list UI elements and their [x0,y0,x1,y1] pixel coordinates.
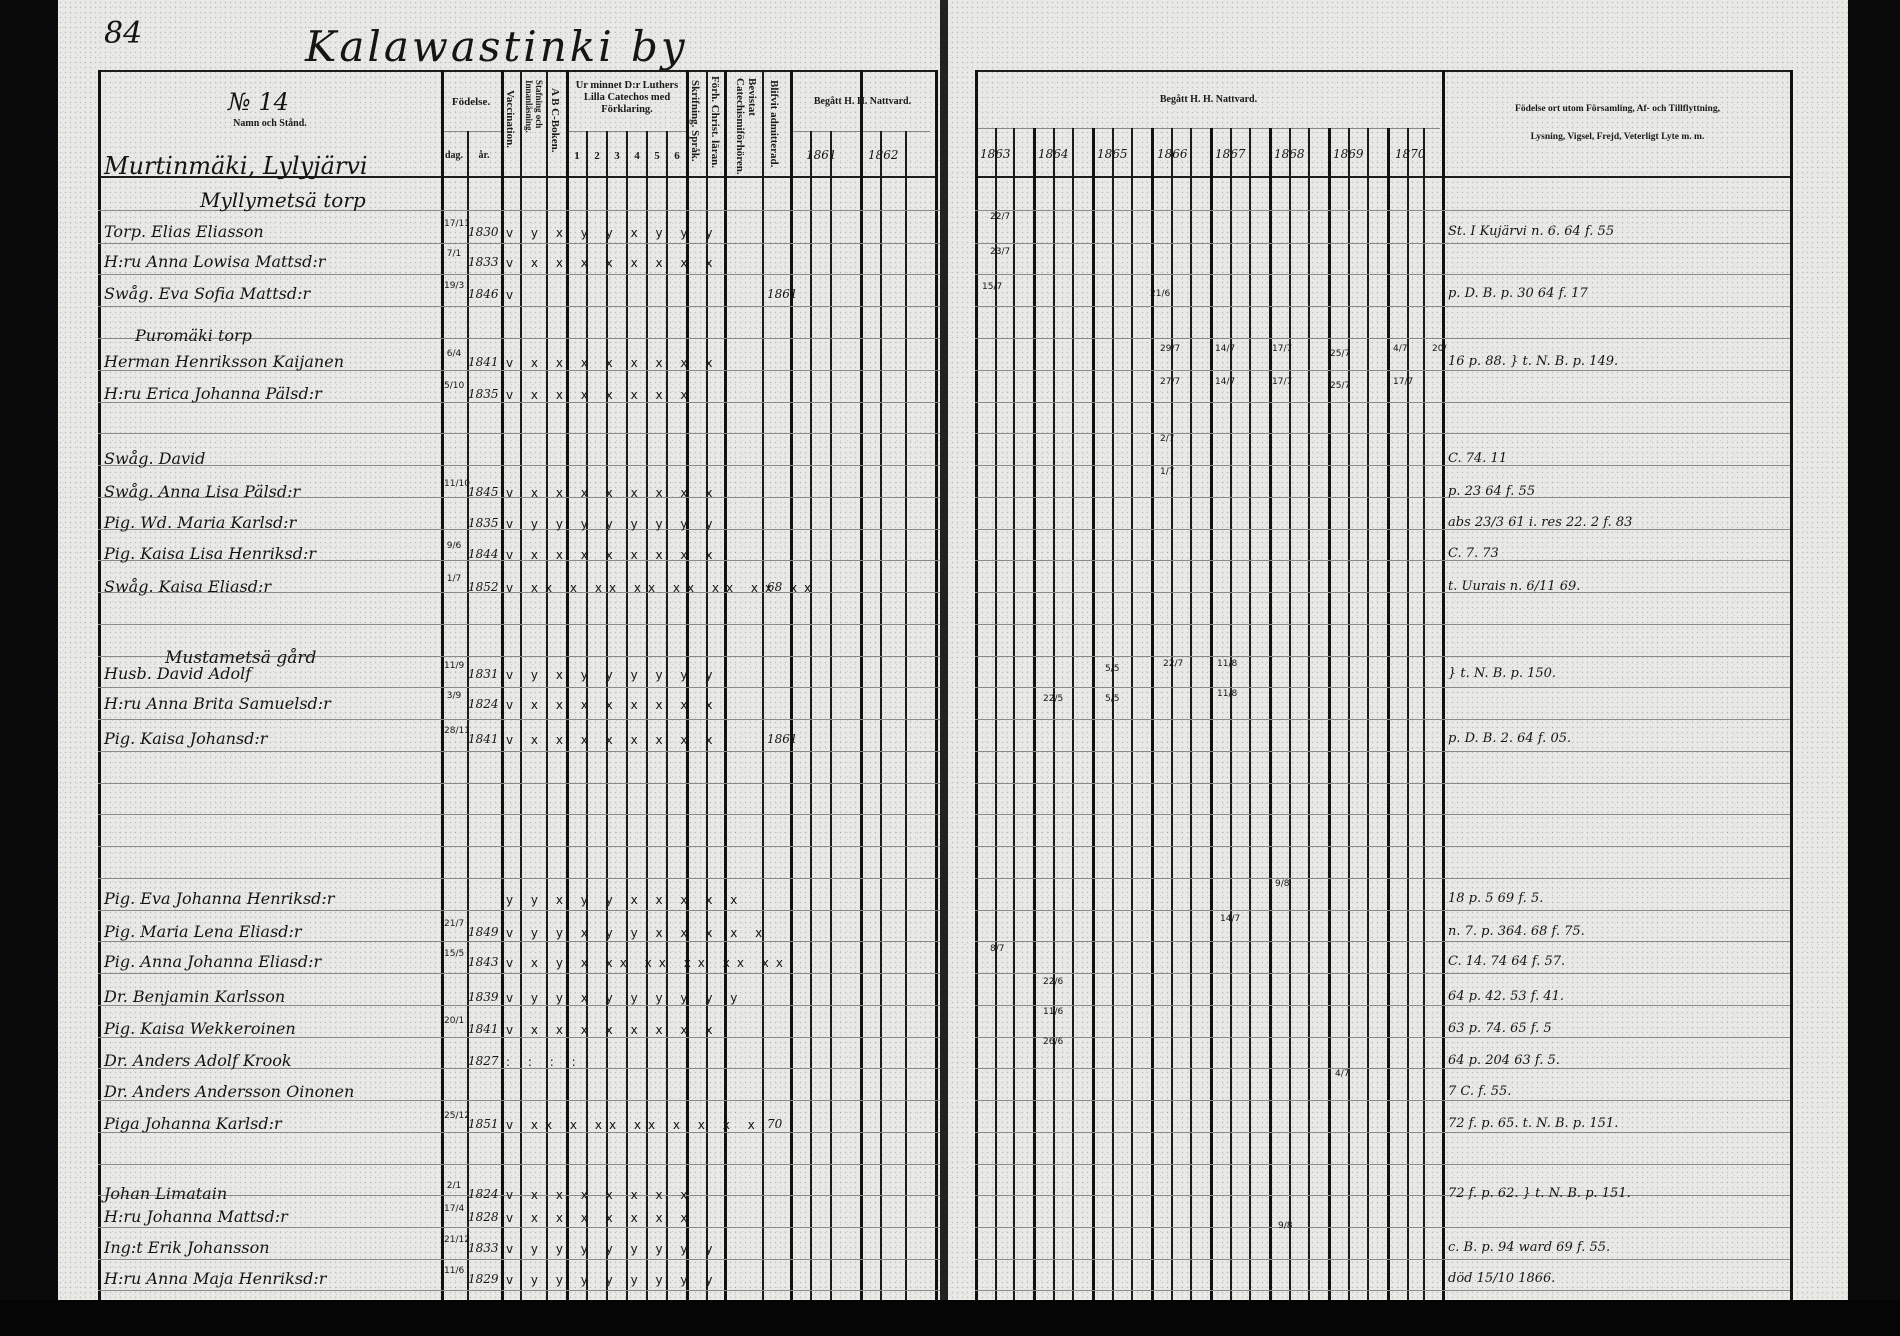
birth-year: 1845 [468,485,499,499]
birth-year: 1830 [468,225,499,239]
remark: C. 14. 74 64 f. 57. [1448,954,1565,969]
remark: St. I Kujärvi n. 6. 64 f. 55 [1448,224,1614,239]
person-name: Swåg. Anna Lisa Pälsd:r [104,482,300,501]
person-name: H:ru Anna Brita Samuelsd:r [104,694,331,713]
communion-date: 9/8 [1278,1222,1292,1231]
birth-day: 3/9 [444,692,464,701]
person-name: Swåg. David [104,449,205,468]
remark: 16 p. 88. } t. N. B. p. 149. [1448,354,1618,369]
rule [1131,128,1133,1300]
birth-day: 20/1 [444,1017,464,1026]
scan-bottom-edge [0,1300,1900,1336]
exam-marks: y y x y y x x x x x [506,893,744,907]
communion-date: 5/5 [1105,665,1119,674]
exam-marks: v y y x y y x x x x x [506,926,769,940]
exam-marks: v y y x y y y y y y [506,991,744,1005]
header-communion-right: Begått H. H. Nattvard. [975,94,1442,106]
rule [1210,128,1213,1300]
birth-day: 2/1 [444,1182,464,1191]
rule [1013,128,1015,1300]
header-writing: Skrifning. Språk. [689,80,701,162]
remark: 63 p. 74. 65 f. 5 [1448,1021,1552,1036]
exam-marks: v y y y y y y y y [506,1242,719,1256]
birth-day: 19/3 [444,282,464,291]
birth-year: 1824 [468,697,499,711]
header-catechetic-meetings: Bevistat Catechismiförhören. [732,78,758,173]
birth-year: 1833 [468,255,499,269]
communion-date: 14/7 [1215,345,1235,354]
birth-year: 1843 [468,955,499,969]
remark: 72 f. p. 65. t. N. B. p. 151. [1448,1116,1618,1131]
birth-day: 6/4 [444,350,464,359]
birth-year: 1839 [468,990,499,1004]
book-gutter [940,0,948,1310]
birth-day: 11/9 [444,662,464,671]
rule [1072,128,1074,1300]
birth-year: 1846 [468,287,499,301]
header-abc-book: A B C-Boken. [549,88,561,153]
book-edge [1848,0,1900,1336]
communion-date: 14/7 [1220,915,1240,924]
remark: 7 C. f. 55. [1448,1084,1511,1099]
birth-year: 1833 [468,1241,499,1255]
exam-marks: v y y y y y y y y [506,517,719,531]
birth-year: 1841 [468,732,499,746]
rule [501,70,504,1300]
communion-date: 29/7 [1160,345,1180,354]
remark: 72 f. p. 62. } t. N. B. p. 151. [1448,1186,1631,1201]
person-name: Dr. Anders Andersson Oinonen [104,1082,354,1101]
farm-heading: Murtinmäki, Lylyjärvi [104,152,368,180]
rule [1190,128,1192,1300]
person-name: Pig. Kaisa Lisa Henriksd:r [104,544,316,563]
person-name: Piga Johanna Karlsd:r [104,1114,282,1133]
rule [1407,128,1409,1300]
rule [762,70,764,1300]
exam-marks: v x x x x x x x x [506,256,719,270]
communion-date: 21/6 [1150,290,1170,299]
rule [790,70,793,1300]
rule [1230,128,1232,1300]
remark: n. 7. p. 364. 68 f. 75. [1448,924,1585,939]
birth-year: 1828 [468,1210,499,1224]
header-name: Namn och Stånd. [180,118,360,130]
communion-date: 4/7 [1393,345,1407,354]
rule [724,70,727,1300]
header-birth-year: år. [467,150,501,162]
birth-day: 21/12 [444,1236,464,1245]
communion-date: 14/7 [1215,378,1235,387]
birth-year: 1831 [468,667,499,681]
communion-year-1861: 1861 [806,148,837,162]
communion-date: 26/6 [1043,1038,1063,1047]
header-christianity: Förh. Christ. läran. [709,76,721,168]
communion-date: 11/8 [1217,690,1237,699]
rule [1269,128,1272,1300]
exam-marks: v xx x xx xx x x x x [506,1118,762,1132]
communion-date: 4/7 [1335,1070,1349,1079]
communion-year-1862: 1862 [868,148,899,162]
rule [1308,128,1310,1300]
birth-year: 1835 [468,516,499,530]
person-name: Dr. Benjamin Karlsson [104,987,285,1006]
rule [1367,128,1369,1300]
rule [1442,70,1445,1300]
birth-day: 25/12 [444,1112,464,1121]
communion-date: 20/ [1432,345,1446,354]
rule [1328,128,1331,1300]
header-remarks-line1: Födelse ort utom Församling, Af- och Til… [1450,104,1785,115]
header-sub-rule [975,128,1440,129]
admitted-year: 68 [767,580,782,594]
birth-year: 1827 [468,1054,499,1068]
communion-date: 25/7 [1330,382,1350,391]
exam-marks: v x x x x x x x x [506,486,719,500]
header-birth: Födelse. [441,96,501,109]
exam-marks: v x x x x x x x x [506,698,719,712]
rule [566,70,569,1300]
birth-year: 1849 [468,925,499,939]
person-name: H:ru Johanna Mattsd:r [104,1207,288,1226]
rule [1092,128,1095,1300]
person-name: Pig. Maria Lena Eliasd:r [104,922,302,941]
communion-date: 11/8 [1217,660,1237,669]
birth-year: 1829 [468,1272,499,1286]
birth-year: 1824 [468,1187,499,1201]
rule [1053,128,1055,1300]
person-name: Pig. Wd. Maria Karlsd:r [104,513,296,532]
person-name: H:ru Anna Lowisa Mattsd:r [104,252,325,271]
birth-year: 1841 [468,1022,499,1036]
header-sub-rule [441,131,501,132]
person-name: Pig. Eva Johanna Henriksd:r [104,889,334,908]
person-name: Herman Henriksson Kaijanen [104,352,344,371]
birth-day: 5/10 [444,382,464,391]
communion-date: 17/7 [1272,378,1292,387]
birth-year: 1851 [468,1117,499,1131]
birth-day: 1/7 [444,575,464,584]
rule [860,70,863,1300]
remark: C. 7. 73 [1448,546,1499,561]
rule [1387,128,1390,1300]
exam-marks: v x x x x x x x [506,1211,695,1225]
rule [98,70,101,1300]
household-number: № 14 [228,88,289,116]
rule [1033,128,1036,1300]
rule [1790,70,1793,1300]
header-birth-day: dag. [441,150,467,162]
remark: p. D. B. p. 30 64 f. 17 [1448,286,1588,301]
birth-year: 1835 [468,387,499,401]
person-name: Ing:t Erik Johansson [104,1238,270,1257]
communion-date: 22/7 [1163,660,1183,669]
person-name: Husb. David Adolf [104,664,251,683]
remark: p. D. B. 2. 64 f. 05. [1448,731,1571,746]
header-admitted: Blifvit admitterad. [768,80,780,167]
remark: 18 p. 5 69 f. 5. [1448,891,1543,906]
admitted-year: 1861 [767,732,798,746]
person-name: Pig. Anna Johanna Eliasd:r [104,952,321,971]
rule [520,70,522,1300]
communion-date: 17/7 [1393,378,1413,387]
birth-year: 1852 [468,580,499,594]
communion-date: 22/7 [990,213,1010,222]
header-bottom-rule-right [975,176,1790,178]
rule [975,70,978,1300]
remark: C. 74. 11 [1448,451,1507,466]
rule [935,70,938,1300]
communion-date: 17/7 [1272,345,1292,354]
communion-date: 11/6 [1043,1008,1063,1017]
birth-day: 11/10 [444,480,464,489]
birth-year: 1841 [468,355,499,369]
person-name: Johan Limatain [104,1184,227,1203]
communion-date: 15/7 [982,283,1002,292]
person-name: Pig. Kaisa Wekkeroinen [104,1019,296,1038]
exam-marks: v [506,288,520,302]
exam-marks: v x x x x x x x [506,1188,695,1202]
exam-marks: v y x y y y y y y [506,668,719,682]
rule [1171,128,1173,1300]
rule [1151,128,1154,1300]
exam-marks: v x x x x x x x x [506,1023,719,1037]
rule [1423,128,1425,1300]
rule [1112,128,1114,1300]
exam-marks: v x x x x x x x x [506,548,719,562]
person-name: Pig. Kaisa Johansd:r [104,729,267,748]
person-name: Swåg. Eva Sofia Mattsd:r [104,284,310,303]
header-catechism: Ur minnet D:r Luthers Lilla Catechos med… [568,80,686,116]
page-number: 84 [104,16,142,51]
communion-date: 2/7 [1160,435,1174,444]
birth-day: 11/6 [444,1267,464,1276]
remark: p. 23 64 f. 55 [1448,484,1535,499]
remark: } t. N. B. p. 150. [1448,666,1556,681]
header-remarks-line2: Lysning, Vigsel, Frejd, Veterligt Lyte m… [1450,132,1785,143]
person-name: H:ru Erica Johanna Pälsd:r [104,384,322,403]
rule [706,70,708,1300]
communion-date: 22/6 [1043,978,1063,987]
exam-marks: : : : : [506,1055,583,1069]
person-name: Dr. Anders Adolf Krook [104,1051,292,1070]
exam-marks: v y x y y x y y y [506,226,719,240]
remark: abs 23/3 61 i. res 22. 2 f. 83 [1448,515,1632,530]
communion-date: 1/7 [1160,468,1174,477]
rule [1249,128,1251,1300]
rule [1289,128,1291,1300]
remark: 64 p. 204 63 f. 5. [1448,1053,1560,1068]
rule [1348,128,1350,1300]
remark: död 15/10 1866. [1448,1271,1555,1286]
remark: t. Uurais n. 6/11 69. [1448,579,1580,594]
header-top-rule-right [975,70,1790,72]
communion-date: 22/5 [1043,695,1063,704]
header-communion-left: Begått H. H. Nattvard. [790,96,935,108]
rule [995,128,997,1300]
rule [546,70,548,1300]
birth-day: 7/1 [444,250,464,259]
birth-day: 17/11 [444,220,464,229]
birth-day: 17/4 [444,1205,464,1214]
exam-marks: v x x x x x x x [506,388,695,402]
rule [686,70,689,1300]
admitted-year: 1861 [767,287,798,301]
person-name: Torp. Elias Eliasson [104,222,264,241]
birth-year: 1844 [468,547,499,561]
exam-marks: v x y x xx xx xx xx xx [506,956,790,970]
birth-day: 15/5 [444,950,464,959]
communion-date: 23/7 [990,248,1010,257]
section-heading: Puromäki torp [135,326,252,345]
header-vaccination: Vaccination. [504,90,516,148]
communion-date: 25/7 [1330,350,1350,359]
communion-date: 27/7 [1160,378,1180,387]
birth-day: 9/6 [444,542,464,551]
remark: c. B. p. 94 ward 69 f. 55. [1448,1240,1610,1255]
communion-date: 9/8 [1275,880,1289,889]
remark: 64 p. 42. 53 f. 41. [1448,989,1564,1004]
header-top-rule [98,70,938,72]
exam-marks: v x x x x x x x x [506,356,719,370]
communion-date: 8/7 [990,945,1004,954]
birth-day: 21/7 [444,920,464,929]
person-name: H:ru Anna Maja Henriksd:r [104,1269,326,1288]
person-name: Swåg. Kaisa Eliasd:r [104,577,271,596]
section-heading: Myllymetsä torp [200,188,366,212]
exam-marks: v x x x x x x x x [506,733,719,747]
birth-day: 28/11 [444,727,464,736]
admitted-year: 70 [767,1117,782,1131]
header-reading: Stafning och Innanläsning. [524,80,544,170]
exam-marks: v y y y y y y y y [506,1273,719,1287]
village-title: Kalawastinki by [305,22,688,71]
communion-date: 5/5 [1105,695,1119,704]
